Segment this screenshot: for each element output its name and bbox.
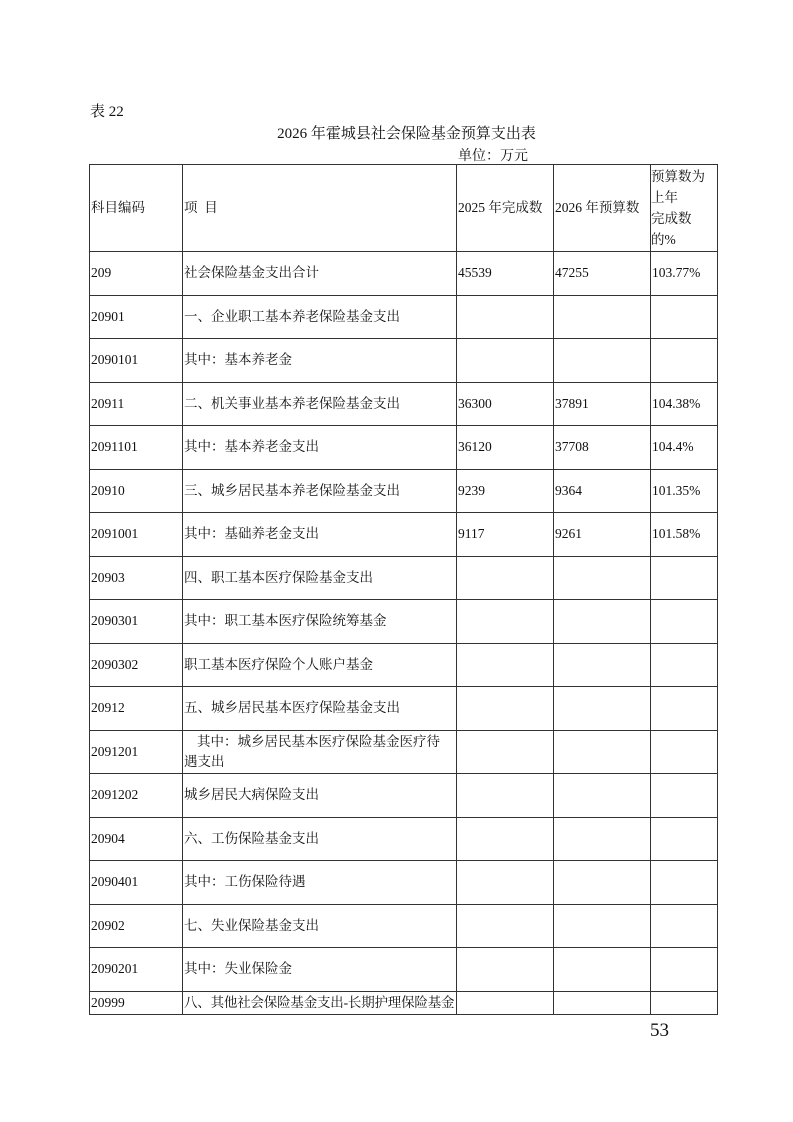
table-row: 2090101 其中：基本养老金: [90, 339, 718, 383]
header-code: 科目编码: [90, 165, 183, 252]
cell-item: 一、企业职工基本养老保险基金支出: [183, 295, 457, 339]
cell-item: 八、其他社会保险基金支出-长期护理保险基金: [183, 991, 457, 1014]
cell-completed-2025: [457, 774, 554, 818]
cell-completed-2025: [457, 730, 554, 774]
cell-ratio: [651, 730, 718, 774]
cell-budget-2026: [554, 817, 651, 861]
header-completed-2025: 2025 年完成数: [457, 165, 554, 252]
cell-code: 2090201: [90, 948, 183, 992]
table-header-row: 科目编码 项 目 2025 年完成数 2026 年预算数 预算数为 上年 完成数…: [90, 165, 718, 252]
cell-item: 五、城乡居民基本医疗保险基金支出: [183, 687, 457, 731]
table-row: 2091201 其中：城乡居民基本医疗保险基金医疗待 遇支出: [90, 730, 718, 774]
header-ratio-line: 上年: [651, 187, 717, 208]
cell-completed-2025: [457, 861, 554, 905]
cell-budget-2026: [554, 774, 651, 818]
cell-code: 20910: [90, 469, 183, 513]
cell-completed-2025: [457, 295, 554, 339]
document-title: 2026 年霍城县社会保险基金预算支出表: [0, 122, 793, 143]
cell-code: 20999: [90, 991, 183, 1014]
table-row: 2090301 其中：职工基本医疗保险统筹基金: [90, 600, 718, 644]
cell-ratio: 104.4%: [651, 426, 718, 470]
table-row: 2091001 其中：基础养老金支出 9117 9261 101.58%: [90, 513, 718, 557]
cell-budget-2026: 9364: [554, 469, 651, 513]
cell-budget-2026: [554, 556, 651, 600]
table-row: 20912 五、城乡居民基本医疗保险基金支出: [90, 687, 718, 731]
cell-budget-2026: [554, 295, 651, 339]
unit-label: 单位：万元: [458, 145, 528, 165]
cell-code: 2091201: [90, 730, 183, 774]
table-row: 2091202 城乡居民大病保险支出: [90, 774, 718, 818]
cell-code: 2090302: [90, 643, 183, 687]
cell-item: 其中：城乡居民基本医疗保险基金医疗待 遇支出: [183, 730, 457, 774]
cell-ratio: [651, 774, 718, 818]
cell-code: 2090101: [90, 339, 183, 383]
cell-code: 2091101: [90, 426, 183, 470]
cell-item: 三、城乡居民基本养老保险基金支出: [183, 469, 457, 513]
cell-item: 其中：基本养老金支出: [183, 426, 457, 470]
cell-completed-2025: [457, 904, 554, 948]
cell-budget-2026: [554, 643, 651, 687]
cell-code: 2090401: [90, 861, 183, 905]
table-row: 20904 六、工伤保险基金支出: [90, 817, 718, 861]
budget-expenditure-table: 科目编码 项 目 2025 年完成数 2026 年预算数 预算数为 上年 完成数…: [89, 164, 718, 1015]
cell-ratio: [651, 339, 718, 383]
cell-ratio: [651, 817, 718, 861]
cell-budget-2026: 47255: [554, 252, 651, 296]
cell-code: 2091001: [90, 513, 183, 557]
header-item: 项 目: [183, 165, 457, 252]
cell-budget-2026: [554, 904, 651, 948]
table-row: 2090302 职工基本医疗保险个人账户基金: [90, 643, 718, 687]
cell-code: 20912: [90, 687, 183, 731]
cell-ratio: [651, 904, 718, 948]
cell-ratio: 101.35%: [651, 469, 718, 513]
cell-completed-2025: [457, 948, 554, 992]
header-ratio-line: 的%: [651, 229, 717, 250]
cell-budget-2026: [554, 948, 651, 992]
cell-code: 2090301: [90, 600, 183, 644]
cell-completed-2025: 36300: [457, 382, 554, 426]
table-row: 209 社会保险基金支出合计 45539 47255 103.77%: [90, 252, 718, 296]
cell-item: 二、机关事业基本养老保险基金支出: [183, 382, 457, 426]
cell-item: 其中：失业保险金: [183, 948, 457, 992]
table-row: 20910 三、城乡居民基本养老保险基金支出 9239 9364 101.35%: [90, 469, 718, 513]
cell-code: 20911: [90, 382, 183, 426]
cell-ratio: 103.77%: [651, 252, 718, 296]
cell-budget-2026: [554, 600, 651, 644]
cell-item: 城乡居民大病保险支出: [183, 774, 457, 818]
cell-ratio: [651, 948, 718, 992]
table-row: 20911 二、机关事业基本养老保险基金支出 36300 37891 104.3…: [90, 382, 718, 426]
cell-ratio: [651, 687, 718, 731]
header-ratio: 预算数为 上年 完成数 的%: [651, 165, 718, 252]
cell-ratio: [651, 556, 718, 600]
cell-completed-2025: 9117: [457, 513, 554, 557]
cell-item: 职工基本医疗保险个人账户基金: [183, 643, 457, 687]
cell-ratio: 104.38%: [651, 382, 718, 426]
cell-ratio: [651, 991, 718, 1014]
cell-ratio: [651, 600, 718, 644]
cell-item: 其中：职工基本医疗保险统筹基金: [183, 600, 457, 644]
cell-code: 20903: [90, 556, 183, 600]
cell-completed-2025: [457, 600, 554, 644]
cell-budget-2026: [554, 339, 651, 383]
cell-item: 其中：基础养老金支出: [183, 513, 457, 557]
cell-budget-2026: 37708: [554, 426, 651, 470]
cell-code: 20902: [90, 904, 183, 948]
cell-completed-2025: 45539: [457, 252, 554, 296]
cell-item: 四、职工基本医疗保险基金支出: [183, 556, 457, 600]
cell-budget-2026: 9261: [554, 513, 651, 557]
page-number: 53: [650, 1020, 669, 1042]
cell-item: 六、工伤保险基金支出: [183, 817, 457, 861]
cell-item-line: 其中：城乡居民基本医疗保险基金医疗待: [184, 732, 456, 752]
cell-completed-2025: [457, 817, 554, 861]
cell-budget-2026: 37891: [554, 382, 651, 426]
cell-ratio: 101.58%: [651, 513, 718, 557]
table-row: 2090401 其中：工伤保险待遇: [90, 861, 718, 905]
cell-budget-2026: [554, 991, 651, 1014]
cell-budget-2026: [554, 861, 651, 905]
table-row: 20903 四、职工基本医疗保险基金支出: [90, 556, 718, 600]
table-row: 20902 七、失业保险基金支出: [90, 904, 718, 948]
cell-item: 社会保险基金支出合计: [183, 252, 457, 296]
table-row: 2091101 其中：基本养老金支出 36120 37708 104.4%: [90, 426, 718, 470]
cell-item-line: 遇支出: [184, 752, 456, 772]
cell-code: 20901: [90, 295, 183, 339]
table-row: 20999 八、其他社会保险基金支出-长期护理保险基金: [90, 991, 718, 1014]
cell-completed-2025: 9239: [457, 469, 554, 513]
table-label: 表 22: [90, 100, 124, 121]
table-row: 2090201 其中：失业保险金: [90, 948, 718, 992]
table-row: 20901 一、企业职工基本养老保险基金支出: [90, 295, 718, 339]
cell-code: 2091202: [90, 774, 183, 818]
cell-code: 20904: [90, 817, 183, 861]
cell-completed-2025: [457, 643, 554, 687]
cell-item: 其中：工伤保险待遇: [183, 861, 457, 905]
cell-ratio: [651, 643, 718, 687]
cell-item: 其中：基本养老金: [183, 339, 457, 383]
cell-code: 209: [90, 252, 183, 296]
cell-completed-2025: [457, 991, 554, 1014]
cell-budget-2026: [554, 730, 651, 774]
cell-completed-2025: 36120: [457, 426, 554, 470]
cell-completed-2025: [457, 687, 554, 731]
cell-ratio: [651, 861, 718, 905]
cell-completed-2025: [457, 339, 554, 383]
cell-ratio: [651, 295, 718, 339]
header-budget-2026: 2026 年预算数: [554, 165, 651, 252]
cell-budget-2026: [554, 687, 651, 731]
header-ratio-line: 预算数为: [651, 166, 717, 187]
cell-completed-2025: [457, 556, 554, 600]
header-ratio-line: 完成数: [651, 208, 717, 229]
cell-item: 七、失业保险基金支出: [183, 904, 457, 948]
